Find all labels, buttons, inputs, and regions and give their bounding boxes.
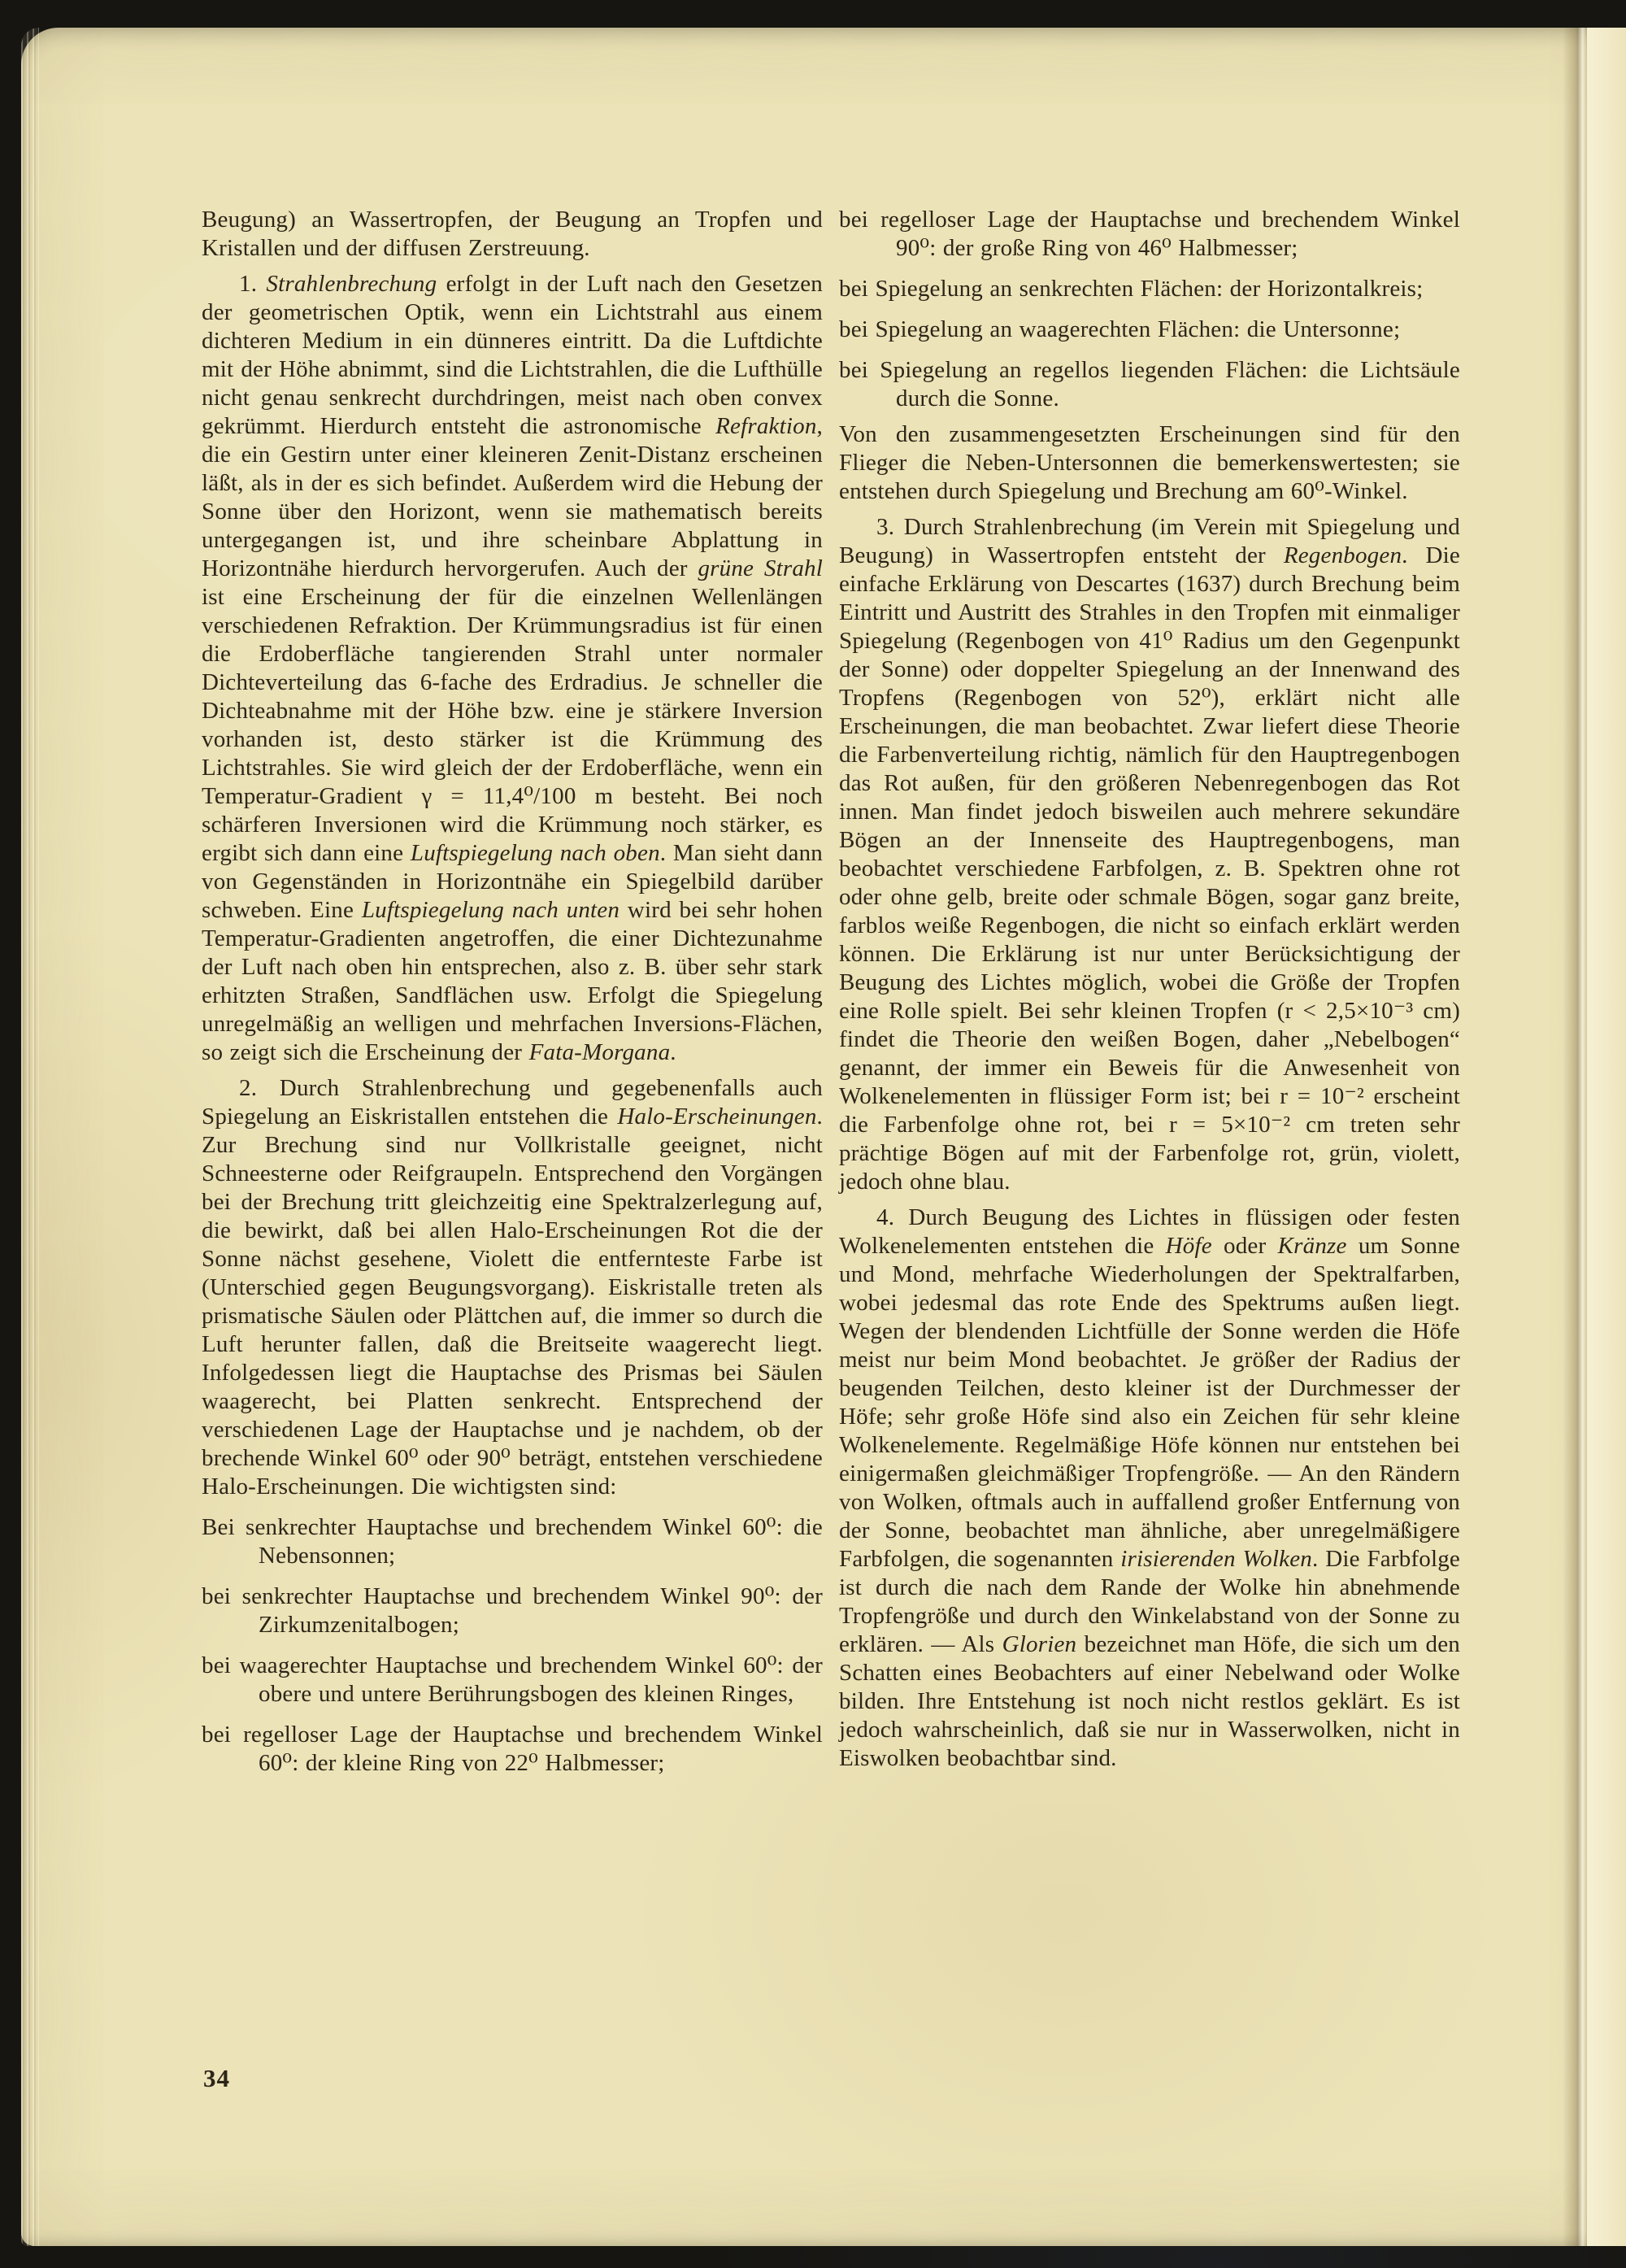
- paragraph: Beugung) an Wassertropfen, der Beugung a…: [202, 206, 823, 263]
- paragraph: Von den zusammengesetzten Erscheinungen …: [839, 420, 1460, 506]
- body-text: bei Spiegelung an senkrechten Flächen: d…: [839, 276, 1423, 302]
- list-item: bei Spiegelung an regellos liegenden Flä…: [839, 356, 1460, 413]
- paragraph: 3. Durch Strahlenbrechung (im Verein mit…: [839, 513, 1460, 1196]
- emphasized-text: Luftspiegelung nach oben: [411, 840, 660, 866]
- body-text: . Zur Brechung sind nur Vollkristalle ge…: [202, 1104, 823, 1500]
- body-text: bei regelloser Lage der Hauptachse und b…: [839, 207, 1460, 261]
- body-text: Beugung) an Wassertropfen, der Beugung a…: [202, 207, 823, 261]
- page-number: 34: [203, 2064, 230, 2093]
- emphasized-text: Luftspiegelung nach unten: [362, 897, 620, 923]
- list-item: bei Spiegelung an senkrechten Flächen: d…: [839, 275, 1460, 303]
- body-text: bei waagerechter Hauptachse und brechend…: [202, 1652, 823, 1707]
- body-text: bei regelloser Lage der Hauptachse und b…: [202, 1722, 823, 1776]
- page-fold-shadow: [1563, 28, 1587, 2246]
- scanned-book-page: Beugung) an Wassertropfen, der Beugung a…: [0, 0, 1626, 2268]
- body-text: 1.: [239, 271, 266, 297]
- emphasized-text: Höfe: [1166, 1233, 1212, 1259]
- emphasized-text: Strahlenbrechung: [266, 271, 437, 297]
- emphasized-text: Halo-Erscheinungen: [617, 1104, 816, 1130]
- emphasized-text: grüne Strahl: [698, 555, 823, 581]
- body-text: bei senkrechter Hauptachse und brechende…: [202, 1583, 823, 1638]
- page-stack-edge: [21, 28, 39, 2246]
- body-text: bei Spiegelung an regellos liegenden Flä…: [839, 357, 1460, 411]
- text-column-left: Beugung) an Wassertropfen, der Beugung a…: [202, 206, 823, 1778]
- emphasized-text: Refraktion: [715, 413, 816, 439]
- list-item: bei regelloser Lage der Hauptachse und b…: [202, 1721, 823, 1778]
- emphasized-text: irisierenden Wolken: [1120, 1546, 1312, 1572]
- facing-page-edge: [1587, 28, 1626, 2246]
- body-text: oder: [1212, 1233, 1278, 1259]
- emphasized-text: Kränze: [1278, 1233, 1347, 1259]
- body-text: um Sonne und Mond, mehrfache Wiederholun…: [839, 1233, 1460, 1572]
- paragraph: 1. Strahlenbrechung erfolgt in der Luft …: [202, 270, 823, 1067]
- body-text: Bei senkrechter Hauptachse und brechende…: [202, 1514, 823, 1569]
- emphasized-text: Fata-Morgana: [529, 1039, 671, 1065]
- emphasized-text: Regenbogen: [1284, 542, 1402, 568]
- emphasized-text: Glorien: [1002, 1631, 1077, 1657]
- body-text: Von den zusammengesetzten Erscheinungen …: [839, 421, 1460, 504]
- list-item: bei senkrechter Hauptachse und brechende…: [202, 1582, 823, 1639]
- list-item: bei Spiegelung an waagerechten Flächen: …: [839, 316, 1460, 344]
- paragraph: 4. Durch Beugung des Lichtes in flüssige…: [839, 1204, 1460, 1773]
- body-text: . Die einfache Erklärung von Descartes (…: [839, 542, 1460, 1195]
- text-column-right: bei regelloser Lage der Hauptachse und b…: [839, 206, 1460, 1773]
- list-item: bei waagerechter Hauptachse und brechend…: [202, 1652, 823, 1709]
- list-item: Bei senkrechter Hauptachse und brechende…: [202, 1513, 823, 1570]
- body-text: ist eine Erscheinung der für die einzeln…: [202, 584, 823, 866]
- list-item: bei regelloser Lage der Hauptachse und b…: [839, 206, 1460, 263]
- body-text: bei Spiegelung an waagerechten Flächen: …: [839, 316, 1400, 342]
- body-text: .: [670, 1039, 676, 1065]
- paragraph: 2. Durch Strahlenbrechung und gegebenenf…: [202, 1074, 823, 1501]
